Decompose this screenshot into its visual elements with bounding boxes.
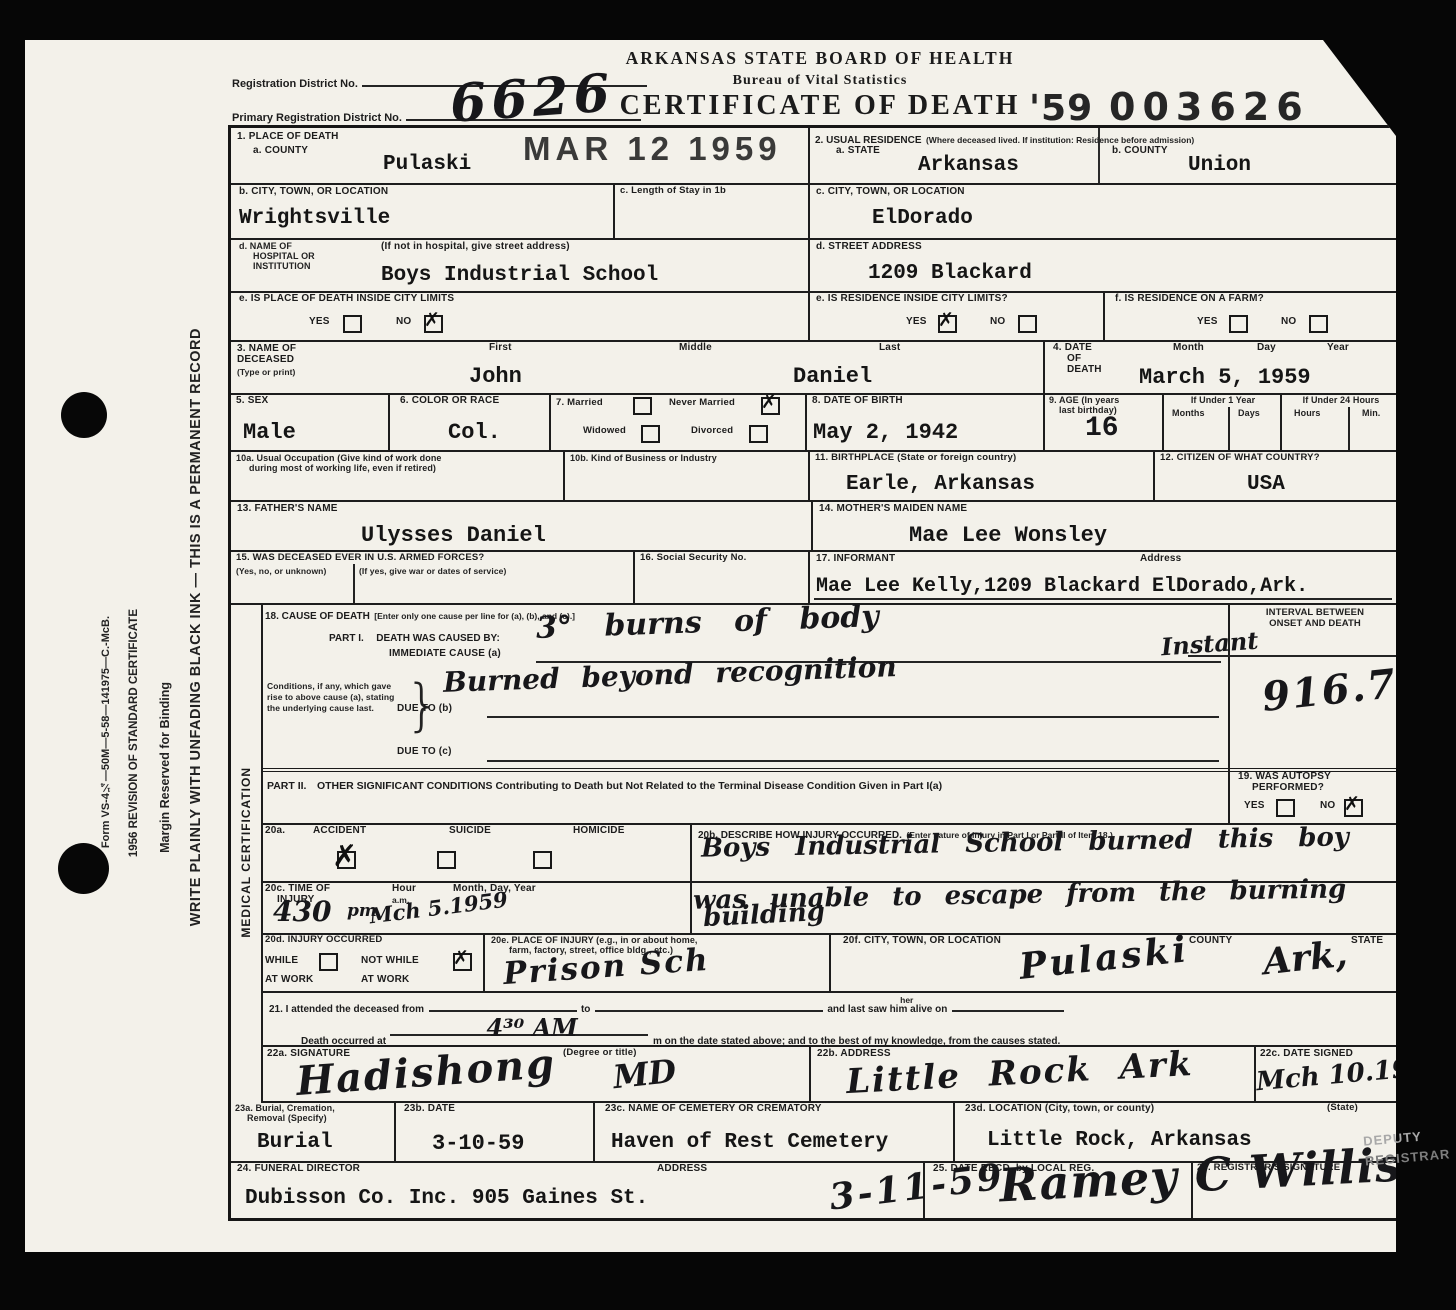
- marital-married-label: 7. Married: [556, 398, 603, 409]
- certificate-title: CERTIFICATE OF DEATH: [580, 90, 1060, 122]
- primary-registration-district-label: Primary Registration District No.: [232, 112, 402, 124]
- form-box: 1. PLACE OF DEATH a. COUNTY Pulaski 2. U…: [228, 125, 1401, 1221]
- under1-divider: [1228, 407, 1230, 450]
- marital-widowed-checkbox: [641, 425, 660, 443]
- physician-address-label: 22b. ADDRESS: [817, 1048, 891, 1060]
- autopsy-no-checkbox: ✗: [1344, 799, 1363, 817]
- row-parents: 13. FATHER'S NAME Ulysses Daniel 14. MOT…: [231, 500, 1398, 552]
- dod-label-3: DEATH: [1067, 364, 1102, 376]
- marital-widowed-label: Widowed: [583, 426, 626, 437]
- autopsy-no-mark: ✗: [1344, 793, 1360, 815]
- under24-header: If Under 24 Hours: [1282, 395, 1400, 407]
- autopsy-label-1: 19. WAS AUTOPSY: [1238, 771, 1331, 783]
- field-injury-occurred: 20d. INJURY OCCURRED WHILE NOT WHILE ✗ A…: [261, 933, 483, 991]
- row-occupation-birthplace: 10a. Usual Occupation (Give kind of work…: [231, 450, 1398, 502]
- burial-type-label-2: Removal (Specify): [247, 1113, 327, 1125]
- field-color-race: 6. COLOR OR RACE Col.: [388, 393, 551, 450]
- field-funeral-director: 24. FUNERAL DIRECTOR ADDRESS Dubisson Co…: [231, 1161, 923, 1218]
- marital-married-checkbox: [633, 397, 652, 415]
- field-attended: 21. I attended the deceased from to hera…: [261, 991, 1398, 1045]
- residence-county-value: Union: [1188, 154, 1251, 177]
- field-under-1-year: If Under 1 Year Months Days: [1162, 393, 1282, 450]
- burial-location-label: 23d. LOCATION (City, town, or county): [965, 1103, 1154, 1115]
- time-date-value: Mch 5.1959: [368, 887, 509, 929]
- race-value: Col.: [448, 420, 501, 445]
- field-cause-of-death: 18. CAUSE OF DEATH [Enter only one cause…: [261, 603, 1228, 768]
- field-residence-on-farm: f. IS RESIDENCE ON A FARM? YES NO: [1103, 291, 1400, 340]
- row-attended: 21. I attended the deceased from to hera…: [261, 991, 1398, 1047]
- not-while-label: NOT WHILE: [361, 955, 419, 967]
- length-of-stay-label: c. Length of Stay in 1b: [620, 186, 726, 197]
- burial-state-header: (State): [1327, 1103, 1358, 1114]
- name-middle-header: Middle: [679, 342, 712, 354]
- field-physician-address: 22b. ADDRESS Little Rock Ark: [809, 1045, 1256, 1101]
- citizen-value: USA: [1247, 473, 1285, 496]
- field-ssn: 16. Social Security No.: [633, 550, 810, 603]
- pod-limits-no-mark: ✗: [424, 309, 440, 331]
- registration-district-label: Registration District No.: [232, 78, 358, 90]
- burial-type-value: Burial: [257, 1131, 333, 1154]
- medical-certification-strip: MEDICAL CERTIFICATION: [231, 603, 263, 1101]
- marital-never-checkbox: ✗: [761, 397, 780, 415]
- sex-value: Male: [243, 420, 296, 445]
- manner-suicide-checkbox: [437, 851, 456, 869]
- armed-forces-note2: (If yes, give war or dates of service): [359, 566, 506, 577]
- cause-label: 18. CAUSE OF DEATH: [265, 611, 370, 622]
- marital-divorced-label: Divorced: [691, 426, 733, 437]
- cause-due-b-label: DUE TO (b): [397, 703, 452, 715]
- certificate-year-stamp: '59: [1029, 88, 1093, 129]
- funeral-address-header: ADDRESS: [657, 1163, 707, 1175]
- funeral-director-value: Dubisson Co. Inc. 905 Gaines St.: [245, 1187, 648, 1210]
- attended-saw-alive-label: and last saw him alive on: [827, 1004, 947, 1015]
- field-burial-type: 23a. Burial, Cremation, Removal (Specify…: [231, 1101, 394, 1161]
- cause-immediate-label: IMMEDIATE CAUSE (a): [389, 648, 501, 660]
- field-burial-date: 23b. DATE 3-10-59: [394, 1101, 595, 1161]
- race-label: 6. COLOR OR RACE: [400, 395, 499, 407]
- dod-value: March 5, 1959: [1139, 365, 1311, 390]
- time-injury-label-1: 20c. TIME OF: [265, 883, 330, 895]
- row-city-limits: e. IS PLACE OF DEATH INSIDE CITY LIMITS …: [231, 291, 1398, 342]
- field-residence-city: c. CITY, TOWN, OR LOCATION ElDorado: [808, 183, 1400, 238]
- funeral-director-label: 24. FUNERAL DIRECTOR: [237, 1163, 360, 1175]
- field-manner: 20a. ACCIDENT SUICIDE HOMICIDE ✗: [261, 823, 690, 881]
- autopsy-yes-label: YES: [1244, 800, 1265, 812]
- dob-label: 8. DATE OF BIRTH: [812, 395, 903, 407]
- margin-permanent-record: WRITE PLAINLY WITH UNFADING BLACK INK — …: [183, 145, 209, 1110]
- marital-never-label: Never Married: [669, 398, 735, 409]
- farm-yes-label: YES: [1197, 316, 1218, 328]
- farm-no-label: NO: [1281, 316, 1296, 328]
- usual-residence-label: 2. USUAL RESIDENCE: [815, 135, 922, 146]
- field-citizen: 12. CITIZEN OF WHAT COUNTRY? USA: [1153, 450, 1400, 500]
- not-while-checkbox: ✗: [453, 953, 472, 971]
- margin-binding: Margin Reserved for Binding: [154, 595, 176, 940]
- business-label: 10b. Kind of Business or Industry: [570, 453, 717, 465]
- mother-label: 14. MOTHER'S MAIDEN NAME: [819, 503, 967, 515]
- residence-limits-no-checkbox: [1018, 315, 1037, 333]
- street-address-value: 1209 Blackard: [868, 262, 1032, 285]
- not-while-mark: ✗: [453, 947, 469, 969]
- dod-label-2: OF: [1067, 353, 1081, 365]
- medical-certification-label: MEDICAL CERTIFICATION: [239, 767, 253, 938]
- name-last-value: Daniel: [793, 364, 872, 389]
- autopsy-label-2: PERFORMED?: [1252, 782, 1324, 794]
- time-hour-value: 430: [273, 895, 331, 928]
- at-work-label-2: AT WORK: [361, 974, 409, 986]
- name-last-header: Last: [879, 342, 900, 354]
- injury-occurred-label: 20d. INJURY OCCURRED: [265, 935, 383, 946]
- place-of-death-label: 1. PLACE OF DEATH: [237, 131, 339, 143]
- informant-label: 17. INFORMANT: [816, 553, 895, 565]
- cause-due-c-label: DUE TO (c): [397, 746, 452, 758]
- burial-date-label: 23b. DATE: [404, 1103, 455, 1115]
- row-injury-place: 20d. INJURY OCCURRED WHILE NOT WHILE ✗ A…: [261, 933, 1398, 993]
- field-date-of-birth: 8. DATE OF BIRTH May 2, 1942: [805, 393, 1045, 450]
- part2-text: OTHER SIGNIFICANT CONDITIONS Contributin…: [317, 780, 942, 792]
- field-business-industry: 10b. Kind of Business or Industry: [563, 450, 810, 500]
- pod-limits-no-checkbox: ✗: [424, 315, 443, 333]
- field-occupation: 10a. Usual Occupation (Give kind of work…: [231, 450, 563, 500]
- deceased-label-2: DECEASED: [237, 354, 294, 366]
- time-hour-header: Hour: [392, 883, 416, 895]
- certificate-number-stamp: 003626: [1109, 85, 1310, 129]
- name-first-value: John: [469, 364, 522, 389]
- field-institution: d. NAME OF HOSPITAL OR INSTITUTION (If n…: [231, 238, 808, 291]
- father-value: Ulysses Daniel: [361, 523, 546, 548]
- informant-underline: [814, 598, 1392, 600]
- age-value: 16: [1085, 413, 1119, 444]
- deceased-label-1: 3. NAME OF: [237, 343, 296, 355]
- pod-county-label: a. COUNTY: [253, 145, 308, 157]
- field-date-signed: 22c. DATE SIGNED Mch 10.1959: [1254, 1045, 1400, 1101]
- autopsy-yes-checkbox: [1276, 799, 1295, 817]
- ssn-label: 16. Social Security No.: [640, 553, 747, 564]
- row-cause-of-death: 18. CAUSE OF DEATH [Enter only one cause…: [261, 603, 1398, 772]
- cemetery-value: Haven of Rest Cemetery: [611, 1131, 888, 1154]
- residence-state-value: Arkansas: [918, 154, 1019, 177]
- field-name-of-deceased: 3. NAME OF DECEASED (Type or print) Firs…: [231, 340, 1043, 393]
- field-age: 9. AGE (In years last birthday) 16: [1043, 393, 1164, 450]
- field-street-address: d. STREET ADDRESS 1209 Blackard: [808, 238, 1400, 291]
- manner-accident-label: ACCIDENT: [313, 825, 366, 837]
- residence-city-label: c. CITY, TOWN, OR LOCATION: [816, 186, 965, 198]
- manner-accident-checkbox: ✗: [337, 851, 356, 869]
- bureau-subtitle: Bureau of Vital Statistics: [580, 73, 1060, 89]
- field-marital-status: 7. Married Never Married ✗ Widowed Divor…: [549, 393, 807, 450]
- dod-year-header: Year: [1327, 342, 1349, 354]
- manner-num-label: 20a.: [265, 825, 285, 837]
- physician-address-handwriting: Little Rock Ark: [845, 1044, 1194, 1102]
- attended-saw-alive-blank: [952, 997, 1064, 1012]
- farm-no-checkbox: [1309, 315, 1328, 333]
- injury-state-header: STATE: [1351, 935, 1383, 947]
- usual-residence-note: (Where deceased lived. If institution: R…: [926, 135, 1194, 145]
- residence-limits-label: e. IS RESIDENCE INSIDE CITY LIMITS?: [816, 293, 1008, 305]
- mother-value: Mae Lee Wonsley: [909, 523, 1107, 548]
- residence-limits-yes-checkbox: ✗: [938, 315, 957, 333]
- attended-from-blank: [429, 997, 577, 1012]
- armed-forces-note1: (Yes, no, or unknown): [236, 566, 326, 577]
- field-armed-forces: 15. WAS DECEASED EVER IN U.S. ARMED FORC…: [231, 550, 633, 603]
- informant-value: Mae Lee Kelly,1209 Blackard ElDorado,Ark…: [816, 575, 1308, 598]
- dod-label-1: 4. DATE: [1053, 342, 1092, 354]
- row-physician-signature: 22a. SIGNATURE (Degree or title) Hadisho…: [261, 1045, 1398, 1103]
- margin-form-number: Form VS-4¼—50M—5-58—141975—C.-McB.: [95, 460, 117, 1005]
- certificate-page: Form VS-4¼—50M—5-58—141975—C.-McB. 1956 …: [25, 40, 1396, 1252]
- cause-b-handwriting: Burned beyond recognition: [443, 650, 898, 699]
- residence-limits-yes-mark: ✗: [938, 309, 954, 331]
- occupation-label-2: during most of working life, even if ret…: [249, 463, 436, 475]
- under24-divider: [1348, 407, 1350, 450]
- residence-limits-yes-label: YES: [906, 316, 927, 328]
- field-father-name: 13. FATHER'S NAME Ulysses Daniel: [231, 500, 811, 550]
- death-time-handwriting: 4³⁰ AM: [486, 1013, 577, 1042]
- injury-county-value: Pulaski: [1017, 928, 1191, 988]
- father-label: 13. FATHER'S NAME: [237, 503, 338, 515]
- cause-code-handwriting: 916.7: [1260, 660, 1399, 721]
- pod-county-value: Pulaski: [383, 153, 471, 176]
- field-autopsy: 19. WAS AUTOPSY PERFORMED? YES NO ✗: [1228, 768, 1400, 823]
- name-first-header: First: [489, 342, 512, 354]
- institution-note: (If not in hospital, give street address…: [381, 241, 570, 253]
- attended-to-blank: [595, 997, 823, 1012]
- field-birthplace: 11. BIRTHPLACE (State or foreign country…: [808, 450, 1155, 500]
- residence-limits-no-label: NO: [990, 316, 1005, 328]
- row-forces-informant: 15. WAS DECEASED EVER IN U.S. ARMED FORC…: [231, 550, 1398, 605]
- field-under-24-hours: If Under 24 Hours Hours Min.: [1280, 393, 1400, 450]
- injury-description-line3: building: [702, 897, 825, 933]
- cause-conditions-note: Conditions, if any, which gave rise to a…: [267, 681, 405, 714]
- deceased-note: (Type or print): [237, 367, 295, 378]
- pod-limits-yes-label: YES: [309, 316, 330, 328]
- autopsy-no-label: NO: [1320, 800, 1335, 812]
- farm-yes-checkbox: [1229, 315, 1248, 333]
- deputy-registrar-stamp: DEPUTY REGISTRAR: [1362, 1124, 1451, 1170]
- degree-value-handwriting: MD: [611, 1052, 678, 1096]
- cause-b-line: [487, 716, 1219, 718]
- institution-label-3: INSTITUTION: [253, 261, 311, 273]
- date-signed-label: 22c. DATE SIGNED: [1260, 1048, 1353, 1060]
- armed-forces-label: 15. WAS DECEASED EVER IN U.S. ARMED FORC…: [236, 553, 484, 564]
- field-injury-location: 20f. CITY, TOWN, OR LOCATION COUNTY STAT…: [829, 933, 1400, 991]
- cause-c-line: [487, 760, 1219, 762]
- residence-city-value: ElDorado: [872, 207, 973, 230]
- field-date-of-death: 4. DATE OF DEATH Month Day Year March 5,…: [1043, 340, 1400, 393]
- under1-header: If Under 1 Year: [1164, 395, 1282, 407]
- sex-label: 5. SEX: [236, 395, 268, 407]
- row-place-residence: 1. PLACE OF DEATH a. COUNTY Pulaski 2. U…: [231, 128, 1398, 185]
- marital-divorced-checkbox: [749, 425, 768, 443]
- burial-date-value: 3-10-59: [432, 1131, 524, 1156]
- pod-city-label: b. CITY, TOWN, OR LOCATION: [239, 186, 388, 198]
- injury-county-header: COUNTY: [1189, 935, 1232, 947]
- pod-city-value: Wrightsville: [239, 207, 390, 230]
- manner-homicide-label: HOMICIDE: [573, 825, 625, 837]
- pod-limits-label: e. IS PLACE OF DEATH INSIDE CITY LIMITS: [239, 293, 454, 305]
- under1-days-header: Days: [1238, 408, 1260, 420]
- dod-month-header: Month: [1173, 342, 1204, 354]
- field-usual-residence-state: 2. USUAL RESIDENCE (Where deceased lived…: [808, 128, 1100, 183]
- injury-state-value: Ark,: [1261, 933, 1349, 984]
- manner-homicide-checkbox: [533, 851, 552, 869]
- field-informant: 17. INFORMANT Address Mae Lee Kelly,1209…: [808, 550, 1400, 603]
- field-pod-inside-limits: e. IS PLACE OF DEATH INSIDE CITY LIMITS …: [231, 291, 808, 340]
- manner-suicide-label: SUICIDE: [449, 825, 491, 837]
- manner-accident-mark: ✗: [332, 839, 357, 874]
- while-label: WHILE: [265, 955, 298, 967]
- field-time-of-injury: 20c. TIME OF INJURY Hour a.m. Month, Day…: [261, 881, 690, 933]
- row-part2-autopsy: PART II. OTHER SIGNIFICANT CONDITIONS Co…: [261, 768, 1398, 825]
- informant-address-header: Address: [1140, 553, 1181, 565]
- field-pod-city: b. CITY, TOWN, OR LOCATION Wrightsville: [231, 183, 613, 238]
- hole-punch: [61, 392, 107, 438]
- citizen-label: 12. CITIZEN OF WHAT COUNTRY?: [1160, 453, 1320, 464]
- cause-caused-by-label: DEATH WAS CAUSED BY:: [376, 633, 500, 644]
- attended-from-label: 21. I attended the deceased from: [269, 1004, 424, 1015]
- armed-forces-divider: [353, 564, 355, 603]
- dod-day-header: Day: [1257, 342, 1276, 354]
- row-city-location: b. CITY, TOWN, OR LOCATION Wrightsville …: [231, 183, 1398, 240]
- field-mother-name: 14. MOTHER'S MAIDEN NAME Mae Lee Wonsley: [811, 500, 1400, 550]
- field-part2: PART II. OTHER SIGNIFICANT CONDITIONS Co…: [261, 768, 1228, 823]
- institution-value: Boys Industrial School: [381, 264, 658, 287]
- cause-part1-label: PART I.: [329, 633, 364, 644]
- field-cemetery: 23c. NAME OF CEMETERY OR CREMATORY Haven…: [593, 1101, 955, 1161]
- field-sex: 5. SEX Male: [231, 393, 388, 450]
- under1-months-header: Months: [1172, 408, 1205, 420]
- board-of-health-title: ARKANSAS STATE BOARD OF HEALTH: [580, 48, 1060, 69]
- attended-her-note: her: [900, 995, 913, 1005]
- dob-value: May 2, 1942: [813, 420, 958, 445]
- field-physician-signature: 22a. SIGNATURE (Degree or title) Hadisho…: [261, 1045, 809, 1101]
- cemetery-label: 23c. NAME OF CEMETERY OR CREMATORY: [605, 1103, 822, 1115]
- marital-never-mark: ✗: [761, 391, 777, 413]
- part2-label: PART II.: [267, 780, 306, 792]
- attended-to-label: to: [581, 1004, 590, 1015]
- field-length-of-stay: c. Length of Stay in 1b: [613, 183, 810, 238]
- row-institution-street: d. NAME OF HOSPITAL OR INSTITUTION (If n…: [231, 238, 1398, 293]
- birthplace-label: 11. BIRTHPLACE (State or foreign country…: [815, 453, 1016, 464]
- field-place-of-death: 1. PLACE OF DEATH a. COUNTY Pulaski: [231, 128, 808, 183]
- cause-a-handwriting: 3° burns of body: [535, 599, 879, 646]
- birthplace-value: Earle, Arkansas: [846, 473, 1035, 496]
- margin-revision: 1956 REVISION OF STANDARD CERTIFICATE: [123, 458, 145, 1008]
- under24-min-header: Min.: [1362, 408, 1380, 420]
- injury-city-label: 20f. CITY, TOWN, OR LOCATION: [843, 935, 1001, 947]
- farm-label: f. IS RESIDENCE ON A FARM?: [1115, 293, 1264, 305]
- while-checkbox: [319, 953, 338, 971]
- field-place-of-injury: 20e. PLACE OF INJURY (e.g., in or about …: [483, 933, 831, 991]
- under24-hours-header: Hours: [1294, 408, 1321, 420]
- row-sex-race-marital: 5. SEX Male 6. COLOR OR RACE Col. 7. Mar…: [231, 393, 1398, 452]
- row-name-dateofdeath: 3. NAME OF DECEASED (Type or print) Firs…: [231, 340, 1398, 395]
- street-address-label: d. STREET ADDRESS: [816, 241, 922, 253]
- field-residence-inside-limits: e. IS RESIDENCE INSIDE CITY LIMITS? YES …: [808, 291, 1105, 340]
- at-work-label-1: AT WORK: [265, 974, 313, 986]
- pod-limits-no-label: NO: [396, 316, 411, 328]
- pod-limits-yes-checkbox: [343, 315, 362, 333]
